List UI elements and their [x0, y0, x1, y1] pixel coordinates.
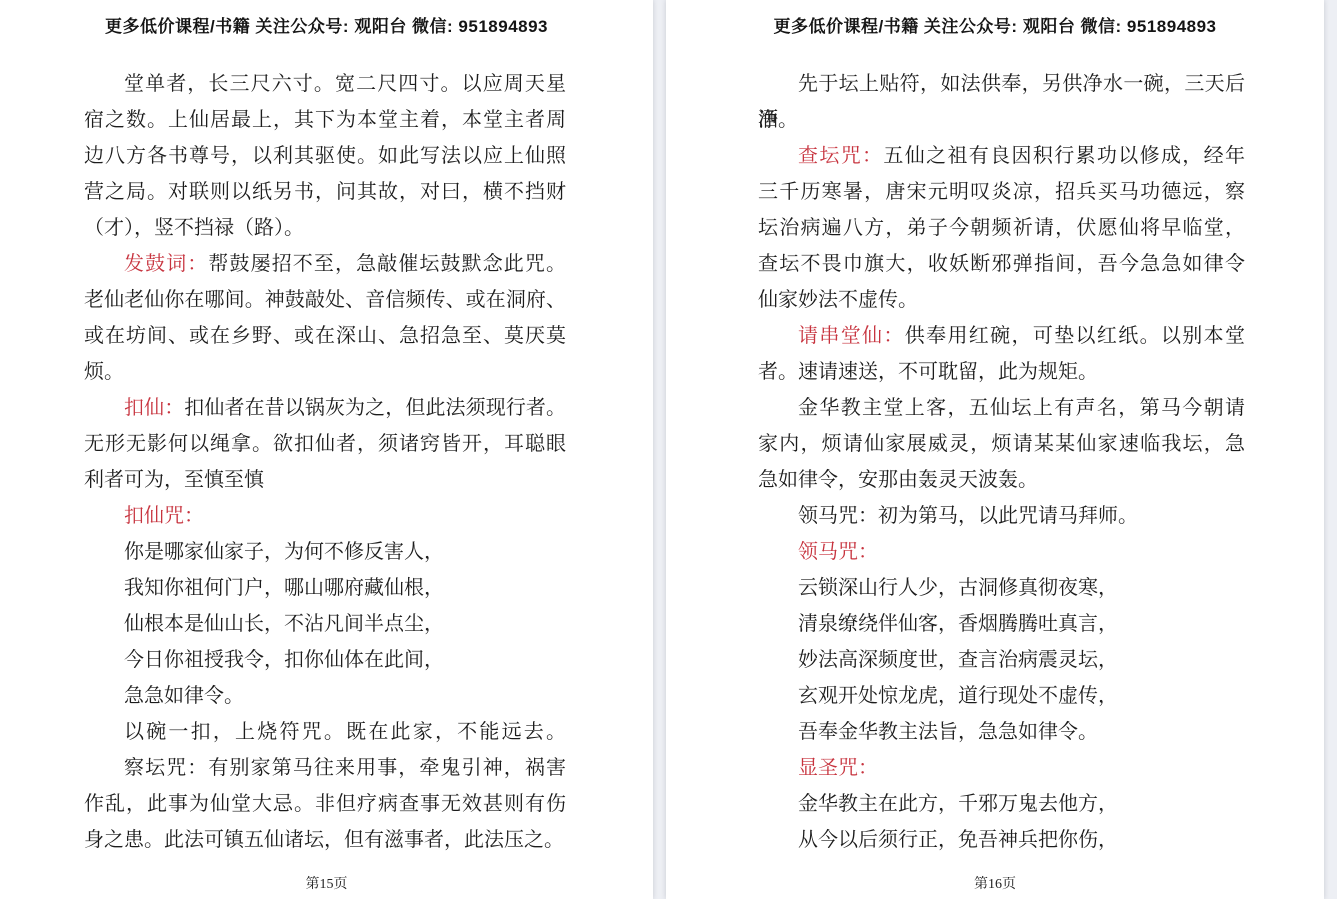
- text-line: 者。速请速送，不可耽留，此为规矩。: [758, 354, 1245, 390]
- text-line: 净。: [758, 102, 1245, 138]
- body-text: 急急如律令。: [124, 685, 244, 707]
- page-text-content: 先于坛上贴符，如法供奉，另供净水一碗，三天后洒净。查坛咒：五仙之祖有良因积行累功…: [666, 66, 1324, 858]
- body-text: 三千历寒暑，唐宋元明叹炎凉，招兵买马功德远，察: [758, 181, 1245, 203]
- text-line: 金华教主堂上客，五仙坛上有声名，第马今朝请: [758, 390, 1245, 426]
- body-text: 清泉缭绕伴仙客，香烟腾腾吐真言，: [798, 613, 1118, 635]
- pdf-viewer-background: { "watermark": "更多低价课程/书籍 关注公众号: 观阳台 微信:…: [0, 0, 1337, 899]
- text-line: 领马咒：: [758, 534, 1245, 570]
- text-line: 以碗一扣，上烧符咒。既在此家，不能远去。: [84, 714, 566, 750]
- body-text: 或在坊间、或在乡野、或在深山、急招急至、莫厌莫: [84, 325, 566, 347]
- body-text: 仙根本是仙山长，不沾凡间半点尘，: [124, 613, 444, 635]
- page-number: 第16页: [666, 873, 1324, 893]
- body-text: 扣仙者在昔以锅灰为之，但此法须现行者。: [184, 397, 566, 419]
- body-text: 你是哪家仙家子，为何不修反害人，: [124, 541, 444, 563]
- body-text: 无形无影何以绳拿。欲扣仙者，须诸窍皆开，耳聪眼: [84, 433, 566, 455]
- body-text: 我知你祖何门户，哪山哪府藏仙根，: [124, 577, 444, 599]
- body-text: 玄观开处惊龙虎，道行现处不虚传，: [798, 685, 1118, 707]
- body-text: 老仙老仙你在哪间。神鼓敲处、音信频传、或在洞府、: [84, 289, 566, 311]
- text-line: 或在坊间、或在乡野、或在深山、急招急至、莫厌莫: [84, 318, 566, 354]
- text-line: 玄观开处惊龙虎，道行现处不虚传，: [758, 678, 1245, 714]
- text-line: 身之患。此法可镇五仙诸坛，但有滋事者，此法压之。: [84, 822, 566, 858]
- text-line: 请串堂仙：供奉用红碗，可垫以红纸。以别本堂: [758, 318, 1245, 354]
- body-text: 察坛咒：有别家第马往来用事，牵鬼引神，祸害: [124, 757, 566, 779]
- text-line: 发鼓词：帮鼓屡招不至，急敲催坛鼓默念此咒。: [84, 246, 566, 282]
- body-text: 妙法高深频度世，查言治病震灵坛，: [798, 649, 1118, 671]
- text-line: 扣仙：扣仙者在昔以锅灰为之，但此法须现行者。: [84, 390, 566, 426]
- text-line: 利者可为，至慎至慎: [84, 462, 566, 498]
- text-line: 宿之数。上仙居最上，其下为本堂主着，本堂主者周: [84, 102, 566, 138]
- body-text: 从今以后须行正，免吾神兵把你伤，: [798, 829, 1118, 851]
- text-line: 先于坛上贴符，如法供奉，另供净水一碗，三天后洒: [758, 66, 1245, 102]
- text-line: 扣仙咒：: [84, 498, 566, 534]
- body-text: 边八方各书尊号，以利其驱使。如此写法以应上仙照: [84, 145, 566, 167]
- section-heading: 扣仙咒：: [124, 505, 204, 527]
- text-line: 仙根本是仙山长，不沾凡间半点尘，: [84, 606, 566, 642]
- body-text: 急如律令，安那由轰灵天波轰。: [758, 469, 1038, 491]
- section-heading: 扣仙：: [124, 397, 184, 419]
- body-text: 家内，烦请仙家展威灵，烦请某某仙家速临我坛，急: [758, 433, 1245, 455]
- body-text: （才），竖不挡禄（路）。: [84, 217, 304, 239]
- body-text: 云锁深山行人少，古洞修真彻夜寒，: [798, 577, 1118, 599]
- text-line: 察坛咒：有别家第马往来用事，牵鬼引神，祸害: [84, 750, 566, 786]
- text-line: 堂单者，长三尺六寸。宽二尺四寸。以应周天星: [84, 66, 566, 102]
- watermark-header: 更多低价课程/书籍 关注公众号: 观阳台 微信: 951894893: [666, 0, 1324, 34]
- text-line: 作乱，此事为仙堂大忌。非但疗病查事无效甚则有伤: [84, 786, 566, 822]
- text-line: 烦。: [84, 354, 566, 390]
- body-text: 领马咒：初为第马，以此咒请马拜师。: [798, 505, 1138, 527]
- text-line: 营之局。对联则以纸另书，问其故，对曰，横不挡财: [84, 174, 566, 210]
- text-line: 显圣咒：: [758, 750, 1245, 786]
- body-text: 五仙之祖有良因积行累功以修成，经年: [883, 145, 1245, 167]
- text-line: 今日你祖授我令，扣你仙体在此间，: [84, 642, 566, 678]
- body-text: 身之患。此法可镇五仙诸坛，但有滋事者，此法压之。: [84, 829, 564, 851]
- text-line: 查坛不畏巾旗大，收妖断邪弹指间，吾今急急如律令: [758, 246, 1245, 282]
- section-heading: 请串堂仙：: [798, 325, 905, 347]
- body-text: 今日你祖授我令，扣你仙体在此间，: [124, 649, 444, 671]
- body-text: 仙家妙法不虚传。: [758, 289, 918, 311]
- text-line: 无形无影何以绳拿。欲扣仙者，须诸窍皆开，耳聪眼: [84, 426, 566, 462]
- body-text: 宿之数。上仙居最上，其下为本堂主着，本堂主者周: [84, 109, 566, 131]
- body-text: 帮鼓屡招不至，急敲催坛鼓默念此咒。: [208, 253, 566, 275]
- text-line: 我知你祖何门户，哪山哪府藏仙根，: [84, 570, 566, 606]
- text-line: 你是哪家仙家子，为何不修反害人，: [84, 534, 566, 570]
- section-heading: 查坛咒：: [798, 145, 883, 167]
- text-line: 老仙老仙你在哪间。神鼓敲处、音信频传、或在洞府、: [84, 282, 566, 318]
- text-line: 查坛咒：五仙之祖有良因积行累功以修成，经年: [758, 138, 1245, 174]
- text-line: 急急如律令。: [84, 678, 566, 714]
- text-line: 吾奉金华教主法旨，急急如律令。: [758, 714, 1245, 750]
- watermark-header: 更多低价课程/书籍 关注公众号: 观阳台 微信: 951894893: [0, 0, 653, 34]
- text-line: 坛治病遍八方，弟子今朝频祈请，伏愿仙将早临堂，: [758, 210, 1245, 246]
- body-text: 以碗一扣，上烧符咒。既在此家，不能远去。: [124, 721, 566, 743]
- section-heading: 发鼓词：: [124, 253, 208, 275]
- page-number: 第15页: [0, 873, 653, 893]
- text-line: 金华教主在此方，千邪万鬼去他方，: [758, 786, 1245, 822]
- body-text: 查坛不畏巾旗大，收妖断邪弹指间，吾今急急如律令: [758, 253, 1245, 275]
- body-text: 净。: [758, 109, 798, 131]
- text-line: 急如律令，安那由轰灵天波轰。: [758, 462, 1245, 498]
- body-text: 金华教主在此方，千邪万鬼去他方，: [798, 793, 1118, 815]
- body-text: 者。速请速送，不可耽留，此为规矩。: [758, 361, 1098, 383]
- text-line: 妙法高深频度世，查言治病震灵坛，: [758, 642, 1245, 678]
- body-text: 坛治病遍八方，弟子今朝频祈请，伏愿仙将早临堂，: [758, 217, 1245, 239]
- text-line: 清泉缭绕伴仙客，香烟腾腾吐真言，: [758, 606, 1245, 642]
- section-heading: 领马咒：: [798, 541, 878, 563]
- body-text: 烦。: [84, 361, 124, 383]
- document-page-15: 更多低价课程/书籍 关注公众号: 观阳台 微信: 951894893 堂单者，长…: [0, 0, 653, 899]
- text-line: 云锁深山行人少，古洞修真彻夜寒，: [758, 570, 1245, 606]
- document-page-16: 更多低价课程/书籍 关注公众号: 观阳台 微信: 951894893 先于坛上贴…: [666, 0, 1324, 899]
- body-text: 吾奉金华教主法旨，急急如律令。: [798, 721, 1098, 743]
- text-line: 从今以后须行正，免吾神兵把你伤，: [758, 822, 1245, 858]
- body-text: 营之局。对联则以纸另书，问其故，对曰，横不挡财: [84, 181, 566, 203]
- body-text: 供奉用红碗，可垫以红纸。以别本堂: [905, 325, 1245, 347]
- body-text: 金华教主堂上客，五仙坛上有声名，第马今朝请: [798, 397, 1245, 419]
- text-line: 家内，烦请仙家展威灵，烦请某某仙家速临我坛，急: [758, 426, 1245, 462]
- body-text: 堂单者，长三尺六寸。宽二尺四寸。以应周天星: [124, 73, 566, 95]
- page-text-content: 堂单者，长三尺六寸。宽二尺四寸。以应周天星宿之数。上仙居最上，其下为本堂主着，本…: [0, 66, 653, 858]
- text-line: 边八方各书尊号，以利其驱使。如此写法以应上仙照: [84, 138, 566, 174]
- section-heading: 显圣咒：: [798, 757, 878, 779]
- text-line: 仙家妙法不虚传。: [758, 282, 1245, 318]
- text-line: 领马咒：初为第马，以此咒请马拜师。: [758, 498, 1245, 534]
- text-line: （才），竖不挡禄（路）。: [84, 210, 566, 246]
- body-text: 作乱，此事为仙堂大忌。非但疗病查事无效甚则有伤: [84, 793, 566, 815]
- text-line: 三千历寒暑，唐宋元明叹炎凉，招兵买马功德远，察: [758, 174, 1245, 210]
- body-text: 利者可为，至慎至慎: [84, 469, 264, 491]
